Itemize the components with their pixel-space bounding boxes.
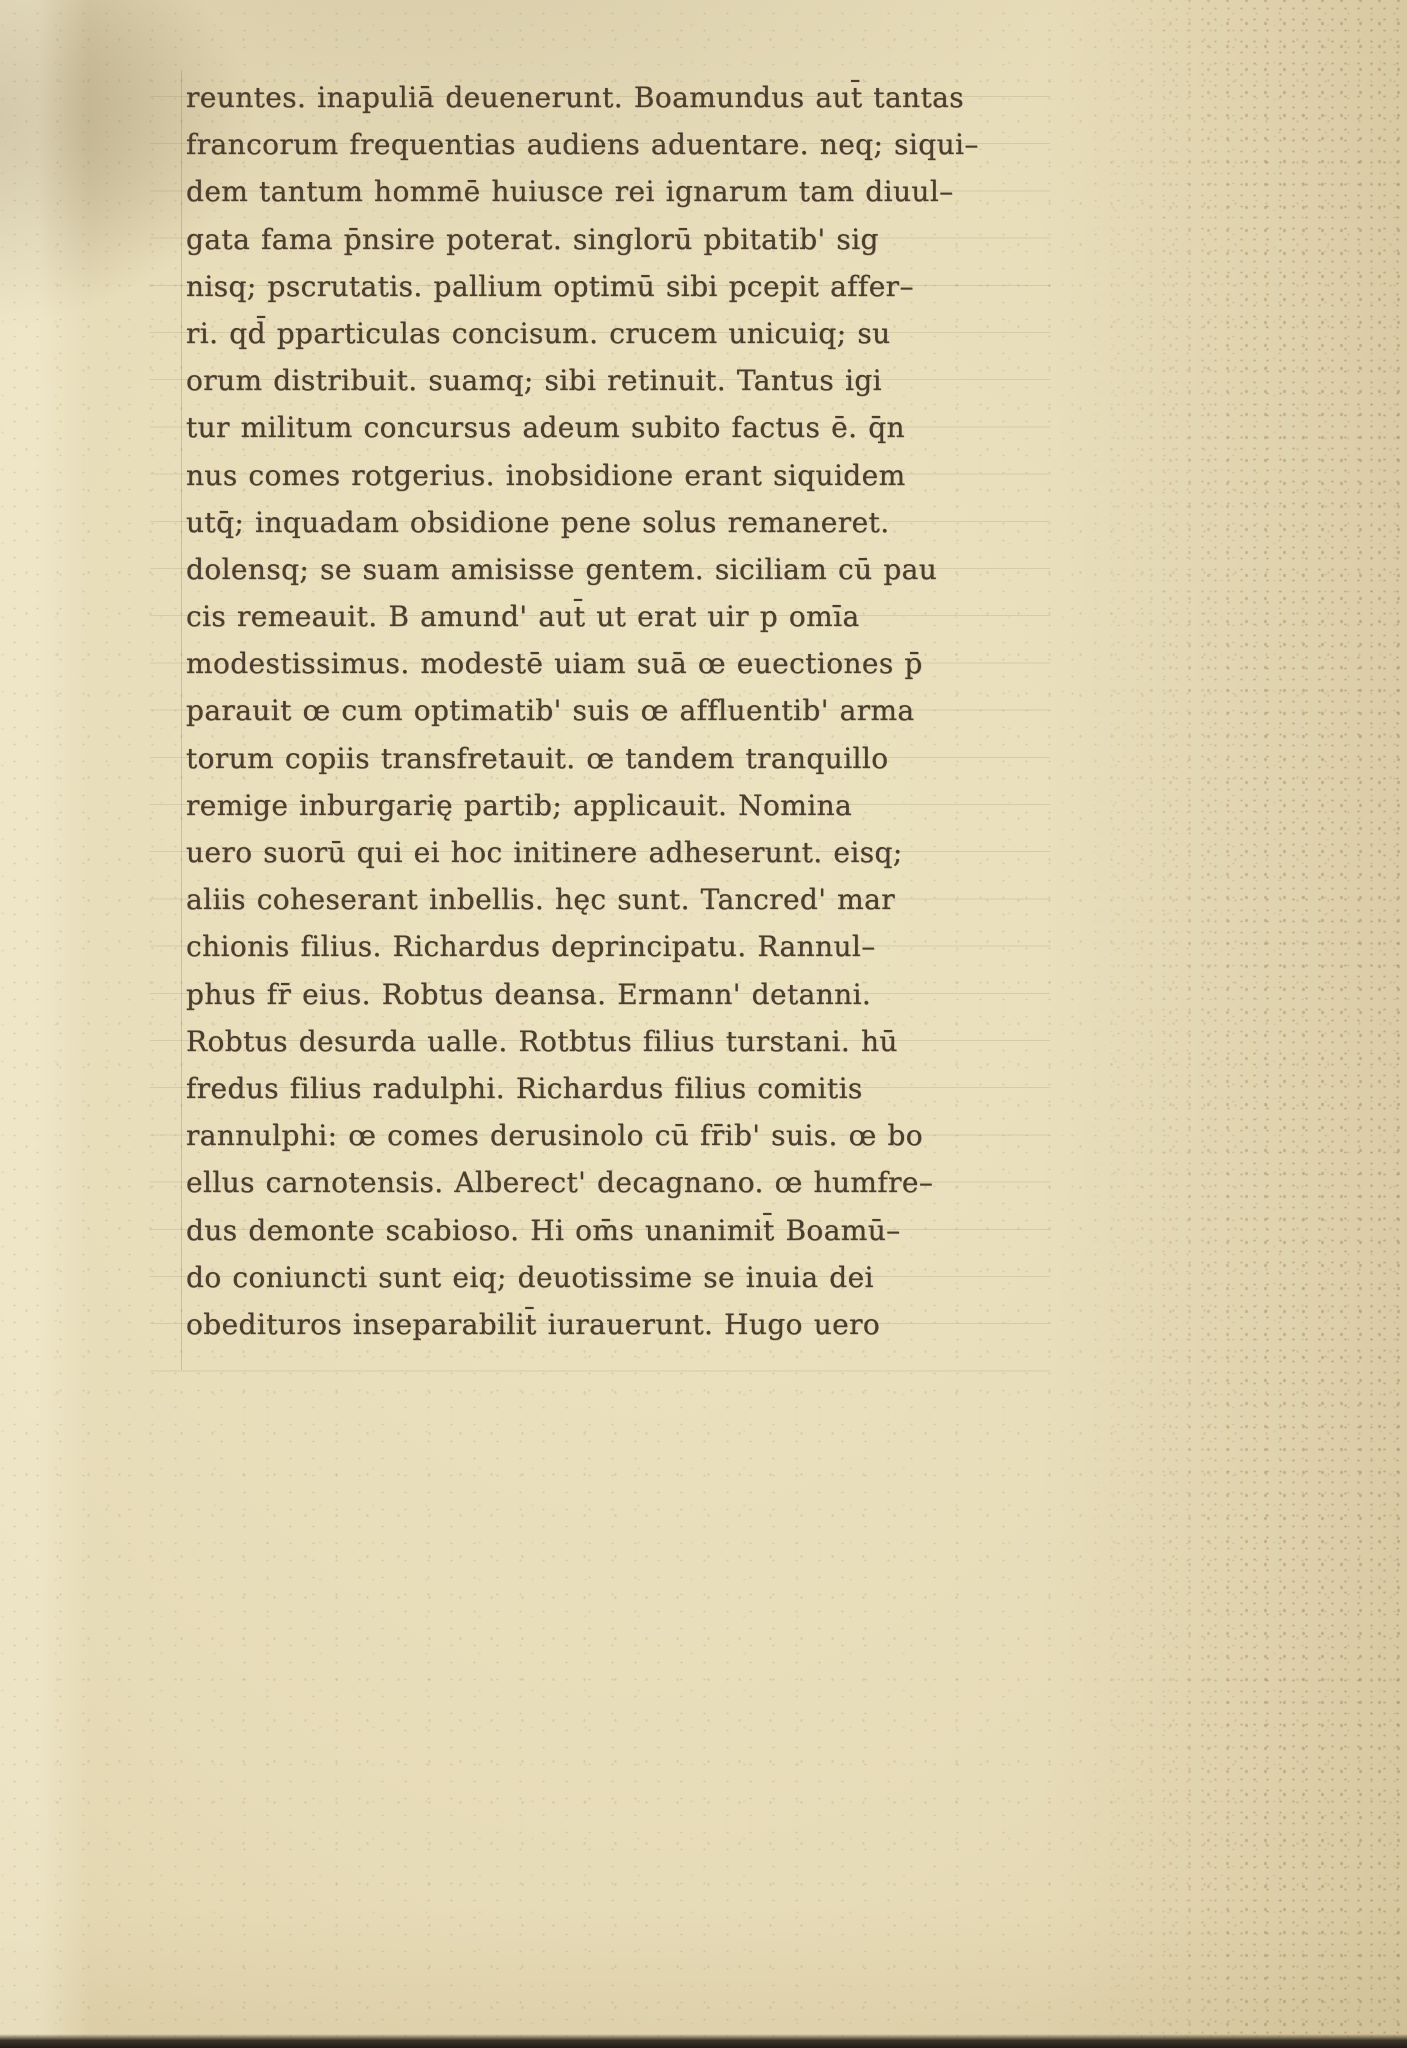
manuscript-line: cis remeauit. B amund' aut̄ ut erat uir … <box>186 593 1046 640</box>
manuscript-line: gata fama p̄nsire poterat. singlorū pbit… <box>186 216 1046 263</box>
manuscript-line: uero suorū qui ei hoc initinere adheseru… <box>186 829 1046 876</box>
manuscript-line: torum copiis transfretauit. œ tandem tra… <box>186 735 1046 782</box>
manuscript-line: dolensq; se suam amisisse gentem. sicili… <box>186 546 1046 593</box>
manuscript-page: reuntes. inapuliā deuenerunt. Boamundus … <box>0 0 1407 2048</box>
manuscript-text-block: reuntes. inapuliā deuenerunt. Boamundus … <box>186 74 1046 1348</box>
manuscript-line: reuntes. inapuliā deuenerunt. Boamundus … <box>186 74 1046 121</box>
manuscript-line: dem tantum hommē huiusce rei ignarum tam… <box>186 168 1046 215</box>
manuscript-line: utq̄; inquadam obsidione pene solus rema… <box>186 499 1046 546</box>
manuscript-line: phus fr̄ eius. Robtus deansa. Ermann' de… <box>186 971 1046 1018</box>
manuscript-line: tur militum concursus adeum subito factu… <box>186 404 1046 451</box>
manuscript-line: fredus filius radulphi. Richardus filius… <box>186 1065 1046 1112</box>
manuscript-line: nisq; pscrutatis. pallium optimū sibi pc… <box>186 263 1046 310</box>
manuscript-line: nus comes rotgerius. inobsidione erant s… <box>186 452 1046 499</box>
manuscript-line: ri. qd̄ pparticulas concisum. crucem uni… <box>186 310 1046 357</box>
manuscript-line: remige inburgarię partib; applicauit. No… <box>186 782 1046 829</box>
manuscript-line: orum distribuit. suamq; sibi retinuit. T… <box>186 357 1046 404</box>
manuscript-line: obedituros inseparabilit̄ iurauerunt. Hu… <box>186 1301 1046 1348</box>
manuscript-line: parauit œ cum optimatib' suis œ affluent… <box>186 687 1046 734</box>
manuscript-line: modestissimus. modestē uiam suā œ euecti… <box>186 640 1046 687</box>
manuscript-line: do coniuncti sunt eiq; deuotissime se in… <box>186 1254 1046 1301</box>
manuscript-line: chionis filius. Richardus deprincipatu. … <box>186 923 1046 970</box>
page-bottom-edge <box>0 2034 1407 2048</box>
manuscript-line: aliis coheserant inbellis. hęc sunt. Tan… <box>186 876 1046 923</box>
manuscript-line: dus demonte scabioso. Hi om̄s unanimit̄ … <box>186 1207 1046 1254</box>
manuscript-line: francorum frequentias audiens aduentare.… <box>186 121 1046 168</box>
parchment-speckle-right-margin <box>1077 0 1407 2048</box>
manuscript-line: Robtus desurda ualle. Rotbtus filius tur… <box>186 1018 1046 1065</box>
manuscript-line: rannulphi: œ comes derusinolo cū fr̄ib' … <box>186 1112 1046 1159</box>
manuscript-line: ellus carnotensis. Alberect' decagnano. … <box>186 1159 1046 1206</box>
